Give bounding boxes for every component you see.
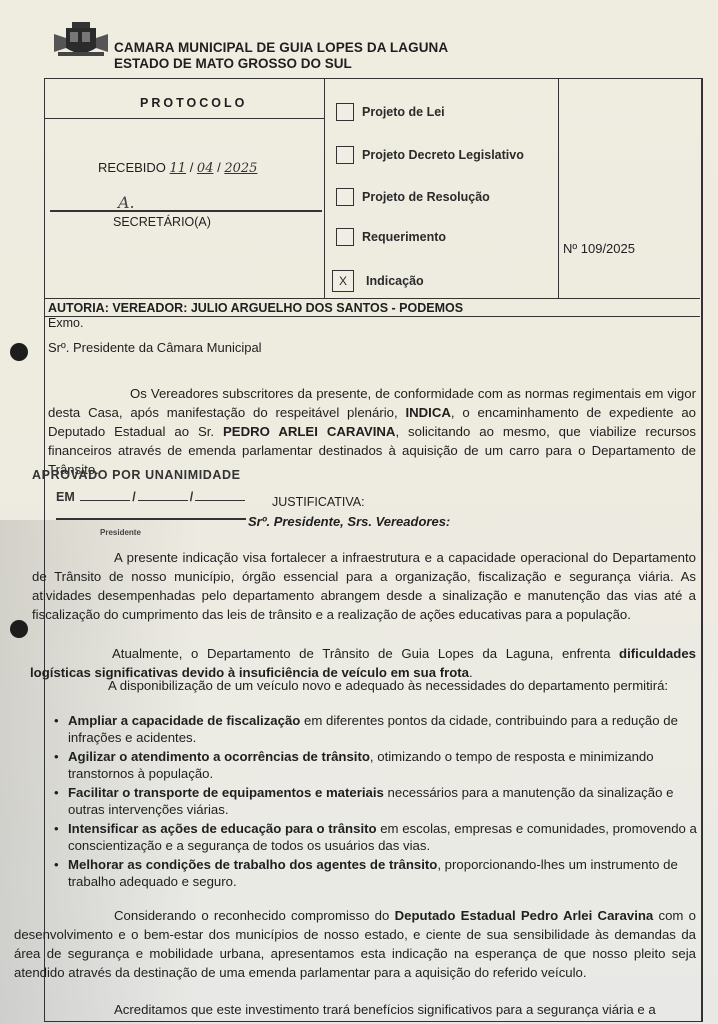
justification-salutation: Srº. Presidente, Srs. Vereadores:: [248, 514, 450, 529]
justification-paragraph-4: Considerando o reconhecido compromisso d…: [14, 906, 696, 982]
option-requerimento[interactable]: Requerimento: [336, 228, 446, 246]
checkbox[interactable]: [336, 228, 354, 246]
justification-paragraph-3: A disponibilização de um veículo novo e …: [26, 676, 696, 695]
checkbox[interactable]: [336, 103, 354, 121]
list-item: Facilitar o transporte de equipamentos e…: [52, 784, 700, 818]
document-number: Nº 109/2025: [563, 241, 635, 256]
justification-paragraph-1: A presente indicação visa fortalecer a i…: [32, 548, 696, 624]
secretary-label: SECRETÁRIO(A): [113, 215, 211, 229]
president-signature-line: [56, 518, 246, 520]
divider: [44, 118, 324, 119]
option-projeto-de-resolucao[interactable]: Projeto de Resolução: [336, 188, 490, 206]
option-label: Projeto Decreto Legislativo: [362, 148, 524, 162]
binder-hole: [10, 343, 28, 361]
checkbox[interactable]: [336, 188, 354, 206]
option-label: Indicação: [366, 274, 424, 288]
president-label: Presidente: [100, 528, 141, 537]
authorship: AUTORIA: VEREADOR: JULIO ARGUELHO DOS SA…: [48, 301, 463, 315]
divider: [44, 316, 700, 317]
divider: [50, 210, 322, 212]
received-year: 2025: [224, 161, 257, 176]
checkbox[interactable]: [336, 146, 354, 164]
option-projeto-decreto-legislativo[interactable]: Projeto Decreto Legislativo: [336, 146, 524, 164]
list-item: Melhorar as condições de trabalho dos ag…: [52, 856, 700, 890]
option-projeto-de-lei[interactable]: Projeto de Lei: [336, 103, 445, 121]
state-name: ESTADO DE MATO GROSSO DO SUL: [114, 56, 352, 71]
document-header: CAMARA MUNICIPAL DE GUIA LOPES DA LAGUNA…: [52, 20, 472, 80]
salutation: Exmo.: [48, 316, 83, 330]
benefits-list: Ampliar a capacidade de fiscalização em …: [52, 712, 700, 892]
chamber-name: CAMARA MUNICIPAL DE GUIA LOPES DA LAGUNA: [114, 40, 448, 55]
divider: [44, 298, 700, 299]
received-day: 11: [170, 161, 187, 176]
protocolo-heading: PROTOCOLO: [140, 96, 247, 110]
received-label: RECEBIDO: [98, 160, 166, 175]
list-item: Agilizar o atendimento a ocorrências de …: [52, 748, 700, 782]
approval-date-field: EM //: [56, 490, 247, 504]
indication-paragraph: Os Vereadores subscritores da presente, …: [48, 384, 696, 479]
divider: [558, 78, 559, 298]
received-date: RECEBIDO 11 / 04 / 2025: [98, 160, 257, 176]
binder-hole: [10, 620, 28, 638]
coat-of-arms-icon: [52, 20, 110, 60]
divider: [324, 78, 325, 298]
secretary-signature: A.: [118, 193, 135, 212]
list-item: Ampliar a capacidade de fiscalização em …: [52, 712, 700, 746]
list-item: Intensificar as ações de educação para o…: [52, 820, 700, 854]
option-label: Projeto de Resolução: [362, 190, 490, 204]
justification-paragraph-5: Acreditamos que este investimento trará …: [14, 1000, 696, 1019]
received-month: 04: [197, 161, 214, 176]
justification-heading: JUSTIFICATIVA:: [272, 495, 365, 509]
option-indicacao[interactable]: X Indicação: [332, 270, 424, 292]
checkbox-checked[interactable]: X: [332, 270, 354, 292]
approval-stamp: APROVADO POR UNANIMIDADE: [32, 468, 241, 482]
addressee: Srº. Presidente da Câmara Municipal: [48, 340, 262, 355]
option-label: Requerimento: [362, 230, 446, 244]
option-label: Projeto de Lei: [362, 105, 445, 119]
